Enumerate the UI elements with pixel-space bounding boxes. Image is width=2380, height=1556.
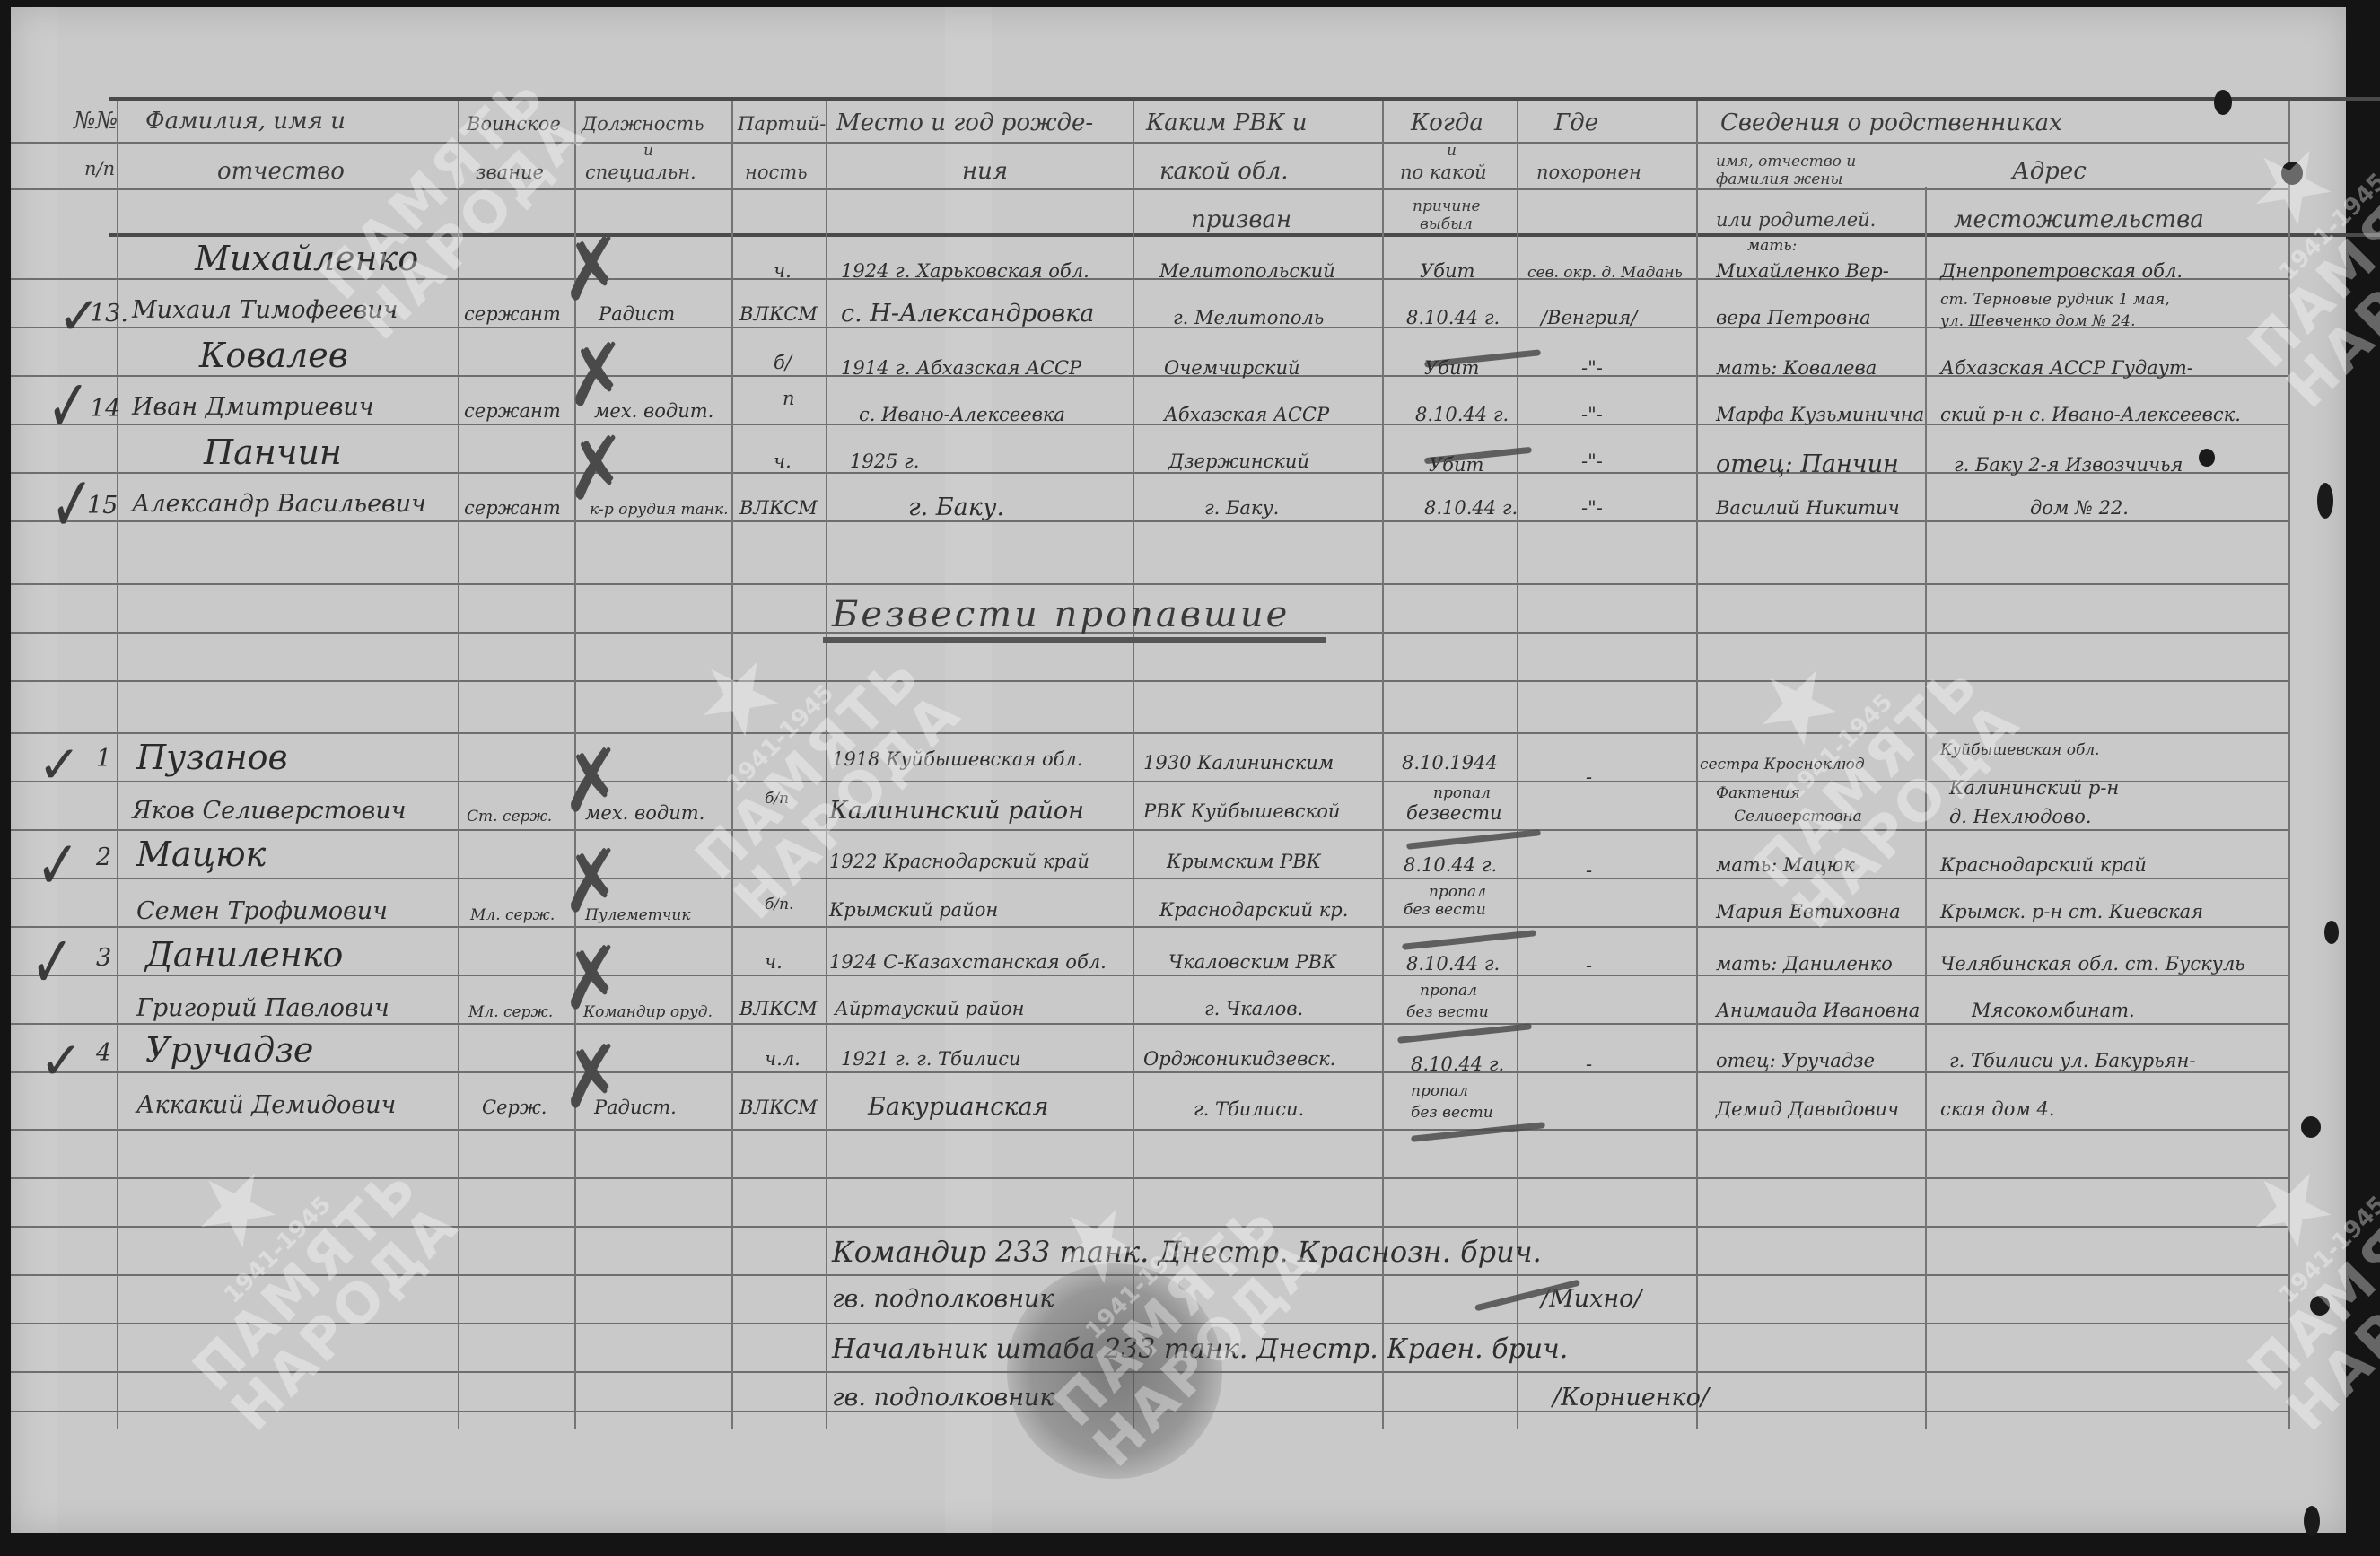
draft-city: г. Чкалов. bbox=[1204, 998, 1303, 1019]
chief-of-staff-title: Начальник штаба 233 танк. Днестр. Краен.… bbox=[832, 1333, 1568, 1365]
relative-name-2: Анимаида Ивановна bbox=[1716, 1000, 1920, 1021]
watermark-line1: ПАМЯТЬ bbox=[183, 1155, 429, 1401]
fate: Убит bbox=[1429, 454, 1483, 476]
rule bbox=[11, 1226, 2290, 1228]
header-address-sub: местожительства bbox=[1954, 206, 2204, 233]
date: 8.10.44 г. bbox=[1404, 854, 1497, 876]
section-title-underline bbox=[823, 637, 1326, 643]
draft-region: РВК Куйбышевской bbox=[1143, 800, 1340, 822]
surname: Уручадзе bbox=[145, 1030, 313, 1070]
header-rank-sub: звание bbox=[476, 162, 544, 183]
watermark-line1: ПАМЯТЬ bbox=[2238, 132, 2380, 378]
draft-region: Краснодарский кр. bbox=[1159, 899, 1348, 921]
watermark: ★ 1941-1945 ПАМЯТЬ НАРОДА bbox=[97, 1069, 468, 1440]
given-names: Семен Трофимович bbox=[136, 897, 388, 925]
surname: Панчин bbox=[204, 433, 342, 472]
header-party-sub: ность bbox=[745, 162, 808, 183]
address: г. Тбилиси ул. Бакурьян- bbox=[1949, 1050, 2195, 1071]
header-rel-name-2: фамилия жены bbox=[1716, 170, 1842, 188]
column-divider bbox=[731, 101, 733, 1429]
header-party: Партий- bbox=[738, 113, 826, 135]
header-num-sub: п/п bbox=[84, 158, 115, 179]
watermark-years: 1941-1945 bbox=[166, 1139, 389, 1361]
fate: без вести bbox=[1404, 901, 1486, 919]
row-number: 15 bbox=[87, 492, 118, 520]
archival-document-page: №№ п/п Фамилия, имя и отчество Воинское … bbox=[11, 7, 2346, 1533]
party: б/п bbox=[765, 790, 789, 808]
column-divider bbox=[1925, 187, 1927, 1429]
rule bbox=[11, 878, 2290, 879]
rule bbox=[11, 472, 2290, 474]
relative-name: мать: Ковалева bbox=[1716, 357, 1877, 379]
header-draft: Каким РВК и bbox=[1146, 109, 1307, 136]
header-position-sub: специальн. bbox=[585, 162, 696, 183]
column-divider bbox=[1696, 101, 1698, 1429]
date: 8.10.44 г. bbox=[1415, 404, 1509, 425]
surname: Мацюк bbox=[136, 835, 266, 874]
given-names: Иван Дмитриевич bbox=[132, 393, 374, 421]
paper-hole bbox=[2281, 162, 2303, 185]
draft-office: Чкаловским РВК bbox=[1168, 951, 1336, 973]
commander-title: Командир 233 танк. Днестр. Краснозн. бри… bbox=[832, 1235, 1542, 1269]
burial-country: /Венгрия/ bbox=[1541, 307, 1637, 328]
column-divider bbox=[2288, 101, 2290, 1429]
draft-office: 1930 Калининским bbox=[1143, 752, 1334, 774]
header-buried-sub: похоронен bbox=[1536, 162, 1641, 183]
draft-office: Дзержинский bbox=[1168, 450, 1309, 472]
chief-of-staff-rank: гв. подполковник bbox=[832, 1384, 1054, 1412]
relative-name-2: Демид Давыдович bbox=[1716, 1098, 1899, 1120]
relative-name: мать: Даниленко bbox=[1716, 953, 1893, 975]
row-number: 1 bbox=[96, 745, 111, 773]
birth-year-region: 1914 г. Абхазская АССР bbox=[841, 357, 1081, 379]
paper-hole bbox=[2214, 90, 2232, 115]
column-divider bbox=[1517, 101, 1518, 1429]
burial-dash: - bbox=[1586, 1053, 1592, 1075]
pencil-stroke bbox=[1411, 1122, 1545, 1142]
address-3: ул. Шевченко дом № 24. bbox=[1940, 312, 2136, 330]
column-divider bbox=[1382, 101, 1384, 1429]
given-names: Яков Селиверстович bbox=[132, 797, 407, 825]
relative-name: отец: Панчин bbox=[1716, 450, 1899, 478]
birth-year-region: 1918 Куйбышевская обл. bbox=[832, 748, 1082, 770]
header-rel-name-3: или родителей. bbox=[1716, 209, 1876, 231]
burial-ditto: -"- bbox=[1581, 450, 1603, 472]
burial-ditto-2: -"- bbox=[1581, 497, 1603, 519]
chief-of-staff-name: /Корниенко/ bbox=[1553, 1384, 1709, 1412]
relative-name-2: Мария Евтиховна bbox=[1716, 901, 1901, 922]
fate-note: пропал bbox=[1429, 883, 1486, 901]
table-top-rule bbox=[109, 97, 2380, 101]
rank: сержант bbox=[464, 400, 561, 422]
row-number: 3 bbox=[96, 944, 111, 972]
relative-name: отец: Уручадзе bbox=[1716, 1050, 1875, 1071]
position: к-р орудия танк. bbox=[590, 501, 729, 519]
rank: Серж. bbox=[482, 1097, 547, 1118]
burial-dash: - bbox=[1586, 860, 1592, 881]
address: Куйбышевская обл. bbox=[1940, 741, 2100, 759]
rule bbox=[11, 975, 2290, 976]
birth-city: г. Баку. bbox=[908, 494, 1004, 521]
rule bbox=[11, 1071, 2290, 1073]
address: Абхазская АССР Гудаут- bbox=[1940, 357, 2193, 379]
burial-ditto: -"- bbox=[1581, 357, 1603, 379]
header-when-sub3: выбыл bbox=[1420, 215, 1473, 233]
address-2: дом № 22. bbox=[2030, 497, 2129, 519]
header-draft-sub: какой обл. bbox=[1159, 158, 1289, 185]
column-divider bbox=[826, 101, 827, 1429]
rule bbox=[11, 732, 2290, 734]
given-names: Григорий Павлович bbox=[136, 994, 389, 1022]
birth-village: с. Ивано-Алексеевка bbox=[859, 404, 1065, 425]
rank: сержант bbox=[464, 497, 561, 519]
fate-note: пропал bbox=[1420, 982, 1477, 1000]
draft-city: г. Тбилиси. bbox=[1194, 1098, 1304, 1120]
address: Краснодарский край bbox=[1940, 854, 2147, 876]
birth-year-region: 1924 С-Казахстанская обл. bbox=[829, 951, 1107, 973]
relative-name-2: Василий Никитич bbox=[1716, 497, 1900, 519]
fate: Убит bbox=[1424, 357, 1479, 379]
fate: безвести bbox=[1406, 802, 1502, 824]
address-2: Калининский р-н bbox=[1949, 777, 2119, 799]
fate: без вести bbox=[1406, 1003, 1489, 1021]
header-when: Когда bbox=[1411, 109, 1483, 136]
commander-rank: гв. подполковник bbox=[832, 1285, 1054, 1313]
draft-city: г. Мелитополь bbox=[1173, 307, 1324, 328]
header-relatives: Сведения о родственниках bbox=[1720, 109, 2062, 136]
burial-place: сев. окр. д. Мадань bbox=[1527, 264, 1683, 282]
position: Радист bbox=[599, 303, 675, 325]
rule bbox=[11, 1023, 2290, 1025]
date: 8.10.1944 bbox=[1402, 752, 1498, 774]
given-names: Аккакий Демидович bbox=[136, 1091, 396, 1119]
party: б/ bbox=[774, 352, 792, 373]
party-komsomol: ВЛКСМ bbox=[739, 497, 818, 519]
check-mark-icon: ✓ bbox=[38, 734, 82, 795]
check-mark-icon: ✓ bbox=[31, 919, 74, 1004]
rank: Мл. серж. bbox=[468, 1003, 553, 1021]
rule bbox=[11, 1129, 2290, 1131]
header-birthplace-sub: ния bbox=[962, 158, 1008, 185]
date: 8.10.44 г. bbox=[1411, 1053, 1504, 1075]
watermark-line2: НАРОДА bbox=[223, 1194, 468, 1440]
rank: сержант bbox=[464, 303, 561, 325]
birth-district: Калининский район bbox=[829, 797, 1084, 825]
draft-office: Орджоникидзевск. bbox=[1143, 1048, 1335, 1070]
section-title-missing: Безвести пропавшие bbox=[832, 594, 1290, 635]
position: мех. водит. bbox=[585, 802, 704, 824]
party: ч. bbox=[765, 951, 783, 973]
paper-hole bbox=[2310, 1296, 2330, 1316]
paper-hole bbox=[2304, 1506, 2320, 1536]
position: Радист. bbox=[594, 1097, 677, 1118]
draft-office: Мелитопольский bbox=[1159, 260, 1335, 282]
draft-office: Очемчирский bbox=[1164, 357, 1300, 379]
position: Командир оруд. bbox=[583, 1003, 713, 1021]
party: ч.л. bbox=[765, 1048, 801, 1070]
address: Челябинская обл. ст. Бускуль bbox=[1940, 953, 2245, 975]
rule bbox=[11, 583, 2290, 585]
birth-district: Айртауский район bbox=[835, 998, 1024, 1019]
pencil-stroke bbox=[1397, 1023, 1532, 1044]
header-when-sub: по какой bbox=[1400, 162, 1487, 183]
header-address: Адрес bbox=[2012, 158, 2087, 185]
relative-name: Михайленко Вер- bbox=[1716, 260, 1889, 282]
rule bbox=[11, 680, 2290, 682]
address-2: Крымск. р-н ст. Киевская bbox=[1940, 901, 2203, 922]
fate-note: пропал bbox=[1433, 784, 1491, 802]
date: 8.10.44 г. bbox=[1406, 953, 1500, 975]
relative-name: мать: Мацюк bbox=[1716, 854, 1855, 876]
header-rel-name: имя, отчество и bbox=[1716, 153, 1856, 170]
rank: Мл. серж. bbox=[470, 906, 555, 924]
row-number: 4 bbox=[96, 1039, 111, 1067]
party: ч. bbox=[774, 450, 792, 472]
check-mark-icon: ✓ bbox=[47, 363, 91, 448]
pencil-stroke bbox=[1406, 829, 1541, 850]
surname: Пузанов bbox=[136, 738, 288, 777]
date: 8.10.44 г. bbox=[1424, 497, 1518, 519]
relative-name-2: вера Петровна bbox=[1716, 307, 1871, 328]
watermark-line2: НАРОДА bbox=[2278, 1194, 2380, 1440]
watermark: ★ 1941-1945 ПАМЯТЬ НАРОДА bbox=[2152, 1069, 2380, 1440]
address-2: ский р-н с. Ивано-Алексеевск. bbox=[1940, 404, 2241, 425]
draft-office: Крымским РВК bbox=[1167, 851, 1321, 872]
birth-street: Бакурианская bbox=[868, 1093, 1049, 1121]
date: 8.10.44 г. bbox=[1406, 307, 1500, 328]
paper-hole bbox=[2199, 449, 2215, 467]
surname: Михайленко bbox=[195, 239, 418, 278]
relative-name-2: Фактения bbox=[1716, 784, 1800, 802]
birth-year-city: 1921 г. г. Тбилиси bbox=[841, 1048, 1021, 1070]
header-name: Фамилия, имя и bbox=[145, 108, 346, 135]
check-mark-icon: ✓ bbox=[36, 826, 80, 905]
header-name-sub: отчество bbox=[217, 158, 345, 185]
header-num: №№ bbox=[74, 108, 118, 135]
rule bbox=[11, 520, 2290, 522]
rule bbox=[11, 142, 2290, 144]
address-2: ст. Терновые рудник 1 мая, bbox=[1940, 291, 2170, 309]
column-divider bbox=[458, 101, 459, 1429]
rule bbox=[11, 1177, 2290, 1179]
star-icon: ★ bbox=[2152, 46, 2380, 322]
paper-hole bbox=[2317, 483, 2333, 519]
draft-region: Абхазская АССР bbox=[1164, 404, 1329, 425]
star-icon: ★ bbox=[2152, 1069, 2380, 1345]
fate: без вести bbox=[1411, 1104, 1493, 1122]
watermark-line1: ПАМЯТЬ bbox=[2238, 1155, 2380, 1401]
address-2: Мясокомбинат. bbox=[1972, 1000, 2135, 1021]
relative-name-2: Марфа Кузьминична bbox=[1716, 404, 1924, 425]
fate: Убит bbox=[1420, 260, 1474, 282]
birth-year: 1925 г. bbox=[850, 450, 919, 472]
rule bbox=[11, 829, 2290, 831]
party: б/п. bbox=[765, 896, 793, 913]
rule bbox=[11, 926, 2290, 928]
header-position: Должность bbox=[582, 113, 704, 135]
surname: Ковалев bbox=[199, 336, 348, 375]
row-number: 14 bbox=[90, 395, 120, 423]
relative-relation: мать: bbox=[1747, 237, 1797, 255]
header-birthplace: Место и год рожде- bbox=[836, 109, 1093, 136]
burial-ditto-2: -"- bbox=[1581, 404, 1603, 425]
relative-name: сестра Кросноклюд bbox=[1700, 756, 1865, 774]
relative-name-3: Селиверстовна bbox=[1734, 808, 1862, 826]
address: г. Баку 2-я Извозчичья bbox=[1954, 454, 2183, 476]
header-rank: Воинское bbox=[467, 113, 561, 135]
header-when-sub2: причине bbox=[1413, 197, 1481, 215]
watermark-years: 1941-1945 bbox=[2221, 1139, 2380, 1361]
address: Днепропетровская обл. bbox=[1940, 260, 2183, 282]
paper-hole bbox=[2301, 1116, 2321, 1138]
watermark-years: 1941-1945 bbox=[2221, 116, 2380, 338]
header-when-and: и bbox=[1447, 142, 1457, 160]
position: Пулеметчик bbox=[585, 906, 691, 924]
rank: Ст. серж. bbox=[467, 808, 552, 826]
party-komsomol: ВЛКСМ bbox=[739, 1097, 818, 1118]
birth-village: с. Н-Александровка bbox=[841, 300, 1094, 328]
party: ч. bbox=[774, 260, 792, 282]
watermark-line2: НАРОДА bbox=[2278, 171, 2380, 417]
given-names: Александр Васильевич bbox=[132, 490, 426, 518]
address-3: д. Нехлюдово. bbox=[1949, 806, 2092, 827]
row-number: 2 bbox=[96, 844, 111, 871]
surname: Даниленко bbox=[145, 935, 343, 975]
address-2: ская дом 4. bbox=[1940, 1098, 2054, 1120]
birth-year-region: 1922 Краснодарский край bbox=[829, 851, 1089, 872]
birth-year-region: 1924 г. Харьковская обл. bbox=[841, 260, 1089, 282]
column-divider bbox=[1133, 101, 1134, 1429]
check-mark-icon: ✓ bbox=[39, 1030, 83, 1091]
birth-district: Крымский район bbox=[829, 899, 998, 921]
draft-city: г. Баку. bbox=[1204, 497, 1279, 519]
rule bbox=[11, 188, 2290, 190]
fate-note: пропал bbox=[1411, 1082, 1468, 1100]
burial-dash: - bbox=[1586, 955, 1592, 976]
paper-hole bbox=[2324, 921, 2339, 944]
header-bottom-rule bbox=[109, 233, 2380, 237]
rule bbox=[11, 781, 2290, 782]
party-2: п bbox=[783, 388, 795, 409]
given-names: Михаил Тимофеевич bbox=[132, 296, 398, 324]
header-buried: Где bbox=[1554, 109, 1598, 136]
party-komsomol: ВЛКСМ bbox=[739, 303, 818, 325]
header-draft-sub2: призван bbox=[1191, 206, 1291, 233]
party-komsomol: ВЛКСМ bbox=[739, 998, 818, 1019]
row-number: 13. bbox=[90, 300, 128, 328]
header-position-and: и bbox=[643, 142, 653, 160]
burial-dash: - bbox=[1586, 766, 1592, 788]
